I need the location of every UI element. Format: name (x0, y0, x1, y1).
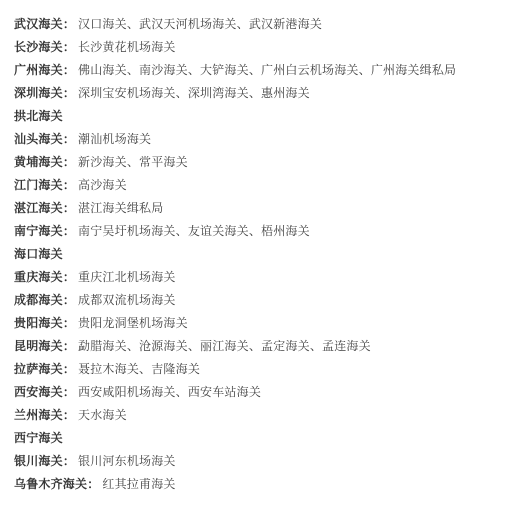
customs-sub-offices: 天水海关 (78, 408, 127, 422)
customs-office-label: 黄埔海关 (14, 155, 63, 169)
customs-office-label: 昆明海关 (14, 339, 63, 353)
customs-office-label: 湛江海关 (14, 201, 63, 215)
customs-office-label: 拱北海关 (14, 109, 63, 123)
customs-office-label: 江门海关 (14, 178, 63, 192)
customs-office-label: 西安海关 (14, 385, 63, 399)
customs-sub-offices: 深圳宝安机场海关、深圳湾海关、惠州海关 (78, 86, 310, 100)
customs-row: 重庆海关：重庆江北机场海关 (14, 266, 506, 289)
customs-sub-offices: 湛江海关缉私局 (78, 201, 163, 215)
customs-row: 深圳海关：深圳宝安机场海关、深圳湾海关、惠州海关 (14, 82, 506, 105)
customs-office-label: 汕头海关 (14, 132, 63, 146)
customs-office-colon: ： (63, 454, 75, 468)
customs-row: 南宁海关：南宁吴圩机场海关、友谊关海关、梧州海关 (14, 220, 506, 243)
customs-row: 拉萨海关：聂拉木海关、吉隆海关 (14, 358, 506, 381)
customs-row: 长沙海关：长沙黄花机场海关 (14, 36, 506, 59)
customs-sub-offices: 成都双流机场海关 (78, 293, 176, 307)
customs-office-colon: ： (63, 201, 75, 215)
customs-sub-offices: 汉口海关、武汉天河机场海关、武汉新港海关 (78, 17, 322, 31)
customs-row: 成都海关：成都双流机场海关 (14, 289, 506, 312)
customs-office-colon: ： (63, 132, 75, 146)
customs-row: 贵阳海关：贵阳龙洞堡机场海关 (14, 312, 506, 335)
customs-office-colon: ： (63, 63, 75, 77)
customs-row: 海口海关 (14, 243, 506, 266)
customs-sub-offices: 新沙海关、常平海关 (78, 155, 188, 169)
customs-sub-offices: 南宁吴圩机场海关、友谊关海关、梧州海关 (78, 224, 310, 238)
customs-office-colon: ： (63, 385, 75, 399)
customs-list: 武汉海关：汉口海关、武汉天河机场海关、武汉新港海关 长沙海关：长沙黄花机场海关 … (14, 13, 506, 496)
customs-sub-offices: 勐腊海关、沧源海关、丽江海关、孟定海关、孟连海关 (78, 339, 371, 353)
customs-office-colon: ： (63, 293, 75, 307)
customs-row: 广州海关：佛山海关、南沙海关、大铲海关、广州白云机场海关、广州海关缉私局 (14, 59, 506, 82)
customs-sub-offices: 贵阳龙洞堡机场海关 (78, 316, 188, 330)
customs-office-label: 长沙海关 (14, 40, 63, 54)
customs-row: 湛江海关：湛江海关缉私局 (14, 197, 506, 220)
customs-office-label: 拉萨海关 (14, 362, 63, 376)
customs-sub-offices: 红其拉甫海关 (102, 477, 175, 491)
customs-office-colon: ： (63, 17, 75, 31)
customs-office-colon: ： (63, 316, 75, 330)
customs-office-label: 贵阳海关 (14, 316, 63, 330)
customs-office-colon: ： (63, 362, 75, 376)
customs-sub-offices: 潮汕机场海关 (78, 132, 151, 146)
customs-row: 汕头海关：潮汕机场海关 (14, 128, 506, 151)
customs-office-colon: ： (63, 339, 75, 353)
customs-office-colon: ： (63, 270, 75, 284)
customs-office-label: 重庆海关 (14, 270, 63, 284)
customs-sub-offices: 聂拉木海关、吉隆海关 (78, 362, 200, 376)
customs-office-colon: ： (63, 40, 75, 54)
customs-office-label: 西宁海关 (14, 431, 63, 445)
customs-sub-offices: 佛山海关、南沙海关、大铲海关、广州白云机场海关、广州海关缉私局 (78, 63, 456, 77)
customs-office-label: 海口海关 (14, 247, 63, 261)
customs-sub-offices: 银川河东机场海关 (78, 454, 176, 468)
customs-row: 武汉海关：汉口海关、武汉天河机场海关、武汉新港海关 (14, 13, 506, 36)
customs-office-label: 兰州海关 (14, 408, 63, 422)
customs-office-colon: ： (63, 86, 75, 100)
customs-office-colon: ： (87, 477, 99, 491)
customs-directory-page: 武汉海关：汉口海关、武汉天河机场海关、武汉新港海关 长沙海关：长沙黄花机场海关 … (0, 0, 520, 520)
customs-sub-offices: 长沙黄花机场海关 (78, 40, 176, 54)
customs-office-label: 银川海关 (14, 454, 63, 468)
customs-row: 昆明海关：勐腊海关、沧源海关、丽江海关、孟定海关、孟连海关 (14, 335, 506, 358)
customs-sub-offices: 高沙海关 (78, 178, 127, 192)
customs-office-label: 深圳海关 (14, 86, 63, 100)
customs-row: 西宁海关 (14, 427, 506, 450)
customs-sub-offices: 重庆江北机场海关 (78, 270, 176, 284)
customs-office-label: 南宁海关 (14, 224, 63, 238)
customs-office-label: 武汉海关 (14, 17, 63, 31)
customs-row: 江门海关：高沙海关 (14, 174, 506, 197)
customs-row: 拱北海关 (14, 105, 506, 128)
customs-row: 西安海关：西安咸阳机场海关、西安车站海关 (14, 381, 506, 404)
customs-sub-offices: 西安咸阳机场海关、西安车站海关 (78, 385, 261, 399)
customs-office-colon: ： (63, 178, 75, 192)
customs-row: 黄埔海关：新沙海关、常平海关 (14, 151, 506, 174)
customs-office-label: 广州海关 (14, 63, 63, 77)
customs-row: 银川海关：银川河东机场海关 (14, 450, 506, 473)
customs-office-colon: ： (63, 224, 75, 238)
customs-row: 乌鲁木齐海关：红其拉甫海关 (14, 473, 506, 496)
customs-office-colon: ： (63, 408, 75, 422)
customs-office-colon: ： (63, 155, 75, 169)
customs-row: 兰州海关：天水海关 (14, 404, 506, 427)
customs-office-label: 乌鲁木齐海关 (14, 477, 87, 491)
customs-office-label: 成都海关 (14, 293, 63, 307)
